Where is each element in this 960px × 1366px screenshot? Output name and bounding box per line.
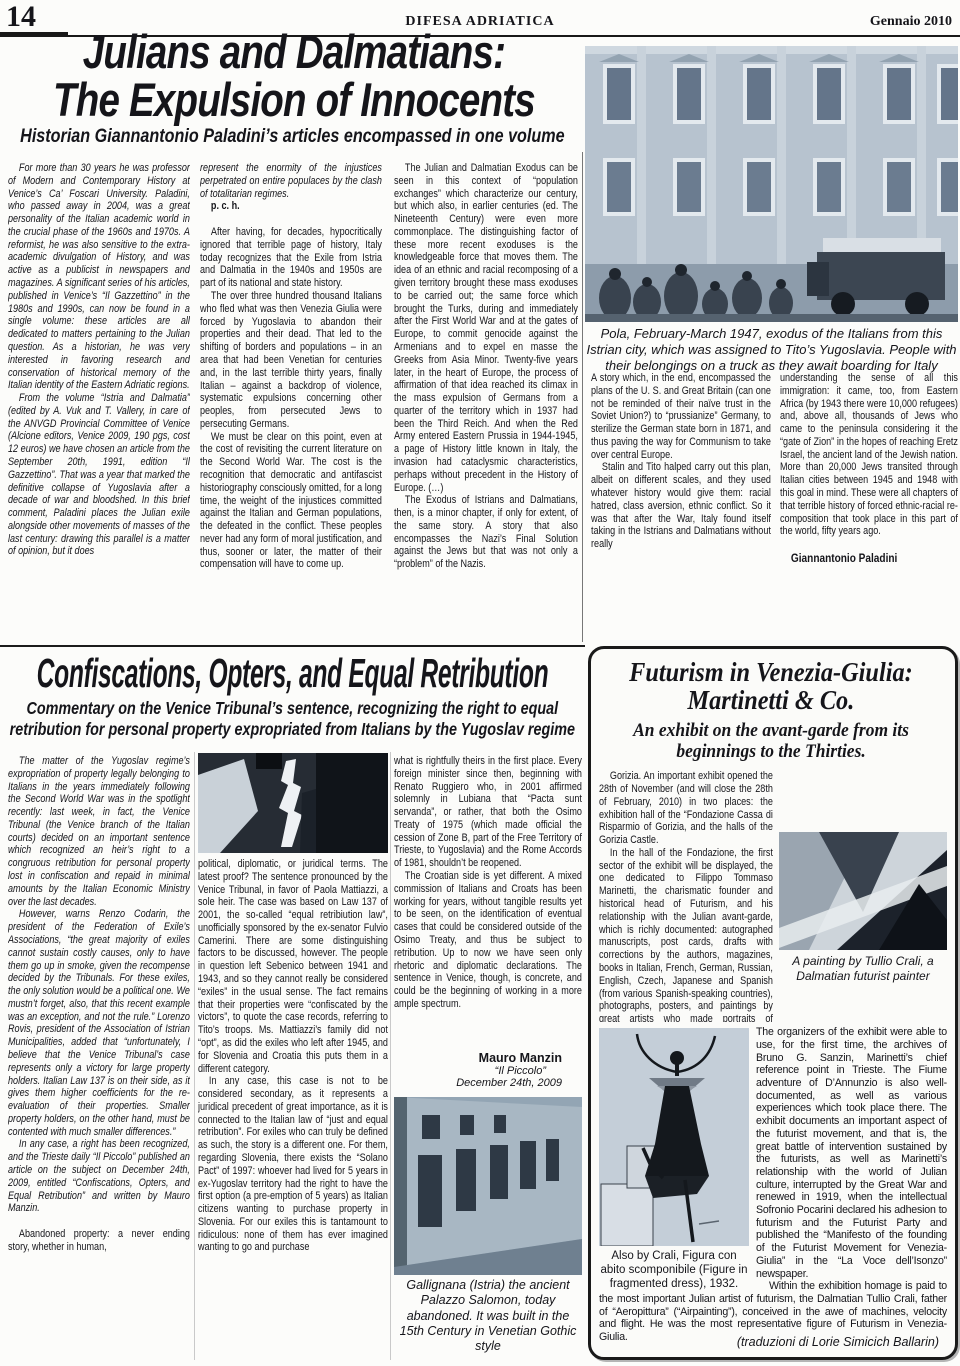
sculpture-photo — [198, 753, 388, 853]
translator-credit: (traduzioni di Lorie Simicich Ballarin) — [737, 1335, 939, 1349]
paragraph: The Julian and Dalmatian Exodus can be s… — [394, 162, 578, 494]
article1-headline: Julians and Dalmatians: The Expulsion of… — [0, 28, 588, 124]
headline-line1: Futurism in Venezia-Giulia: — [599, 658, 943, 686]
paragraph: We must be clear on this point, even at … — [200, 431, 382, 572]
exodus-photo — [585, 46, 958, 322]
crali-figure: Also by Crali, Figura con abito scomponi… — [599, 1028, 749, 1291]
article2-column-3: what is rightfully theirs in the first p… — [394, 755, 582, 1363]
paragraph: In any case, a right has been recognized… — [8, 1138, 190, 1215]
paragraph: political, diplomatic, or juridical term… — [198, 858, 388, 1075]
headline-line2: Martinetti & Co. — [599, 686, 943, 714]
column-rule — [390, 752, 391, 1360]
paragraph: Gorizia. An important exhibit opened the… — [599, 770, 773, 847]
headline-line2: The Expulsion of Innocents — [0, 76, 588, 124]
crali-figure-caption: Also by Crali, Figura con abito scomponi… — [599, 1249, 749, 1291]
paragraph: The Exodus of Istrians and Dalmatians, t… — [394, 494, 578, 571]
crali-painting-caption: A painting by Tullio Crali, a Dalmatian … — [779, 954, 947, 983]
article3-headline: Futurism in Venezia-Giulia: Martinetti &… — [599, 658, 943, 715]
paragraph: what is rightfully theirs in the first p… — [394, 755, 582, 870]
article2-column-1: The matter of the Yugoslav regime’s expr… — [8, 755, 190, 1361]
article2-headline: Confiscations, Opters, and Equal Retribu… — [0, 650, 585, 697]
paragraph: The matter of the Yugoslav regime’s expr… — [8, 755, 190, 908]
article2-source: “Il Piccolo” — [394, 1065, 568, 1077]
headline-line1: Julians and Dalmatians: — [0, 28, 588, 76]
paragraph: For more than 30 years he was professor … — [8, 162, 190, 392]
article1-subtitle: Historian Giannantonio Paladini’s articl… — [0, 126, 585, 148]
article1-column-3: The Julian and Dalmatian Exodus can be s… — [394, 162, 578, 662]
editor-initials: p. c. h. — [200, 200, 382, 213]
article1-column-2: represent the enormity of the injustices… — [200, 162, 382, 688]
paragraph: Abandoned property: a never ending story… — [8, 1228, 190, 1254]
sculpture-photo-art — [198, 753, 388, 853]
paragraph: The Croatian side is yet different. A mi… — [394, 870, 582, 1011]
paragraph: understanding the sense of all this immi… — [780, 372, 958, 538]
paragraph: The over three hundred thousand Italians… — [200, 290, 382, 431]
article2-column-2: political, diplomatic, or juridical term… — [198, 858, 388, 1362]
paragraph: In any case, this case is not to be cons… — [198, 1075, 388, 1254]
article3-box: Futurism in Venezia-Giulia: Martinetti &… — [588, 646, 958, 1360]
article1-column-5: understanding the sense of all this immi… — [780, 372, 958, 642]
article1-byline: Giannantonio Paladini — [780, 551, 958, 565]
palazzo-photo-caption: Gallignana (Istria) the ancient Palazzo … — [394, 1278, 582, 1354]
palazzo-photo — [394, 1097, 582, 1275]
article3-column-1: Gorizia. An important exhibit opened the… — [599, 770, 773, 1022]
article2-date: December 24th, 2009 — [394, 1077, 568, 1089]
paragraph: In the hall of the Fondazione, the first… — [599, 847, 773, 1022]
newspaper-page: 14 DIFESA ADRIATICA Gennaio 2010 Julians… — [0, 0, 960, 1366]
exodus-photo-caption: Pola, February-March 1947, exodus of the… — [585, 326, 958, 374]
paragraph: However, warns Renzo Codarin, the presid… — [8, 908, 190, 1138]
paragraph: A story which, in the end, encompassed t… — [591, 372, 771, 461]
paragraph: Stalin and Tito halped carry out this pl… — [591, 461, 771, 550]
article3-subtitle: An exhibit on the avant-garde from its b… — [599, 720, 943, 763]
exodus-photo-art — [585, 46, 958, 322]
article2-byline: Mauro Manzin — [394, 1051, 568, 1065]
paragraph: After having, for decades, hypocriticall… — [200, 226, 382, 290]
paragraph: represent the enormity of the injustices… — [200, 162, 382, 200]
section-divider — [0, 645, 585, 647]
crali-painting — [779, 832, 947, 950]
column-rule — [194, 752, 195, 1360]
column-rule — [582, 152, 583, 642]
issue-date: Gennaio 2010 — [870, 14, 952, 30]
article3-column-2: A painting by Tullio Crali, a Dalmatian … — [779, 770, 947, 1022]
article3-flow: Also by Crali, Figura con abito scomponi… — [599, 1026, 947, 1356]
article1-column-1: For more than 30 years he was professor … — [8, 162, 190, 688]
article1-column-4: A story which, in the end, encompassed t… — [591, 372, 771, 642]
crali-figure-art — [599, 1028, 749, 1246]
paragraph: From the volume “Istria and Dalmatia” (e… — [8, 392, 190, 558]
article3-columns: Gorizia. An important exhibit opened the… — [599, 770, 947, 1022]
article2-subtitle: Commentary on the Venice Tribunal’s sent… — [0, 698, 585, 740]
